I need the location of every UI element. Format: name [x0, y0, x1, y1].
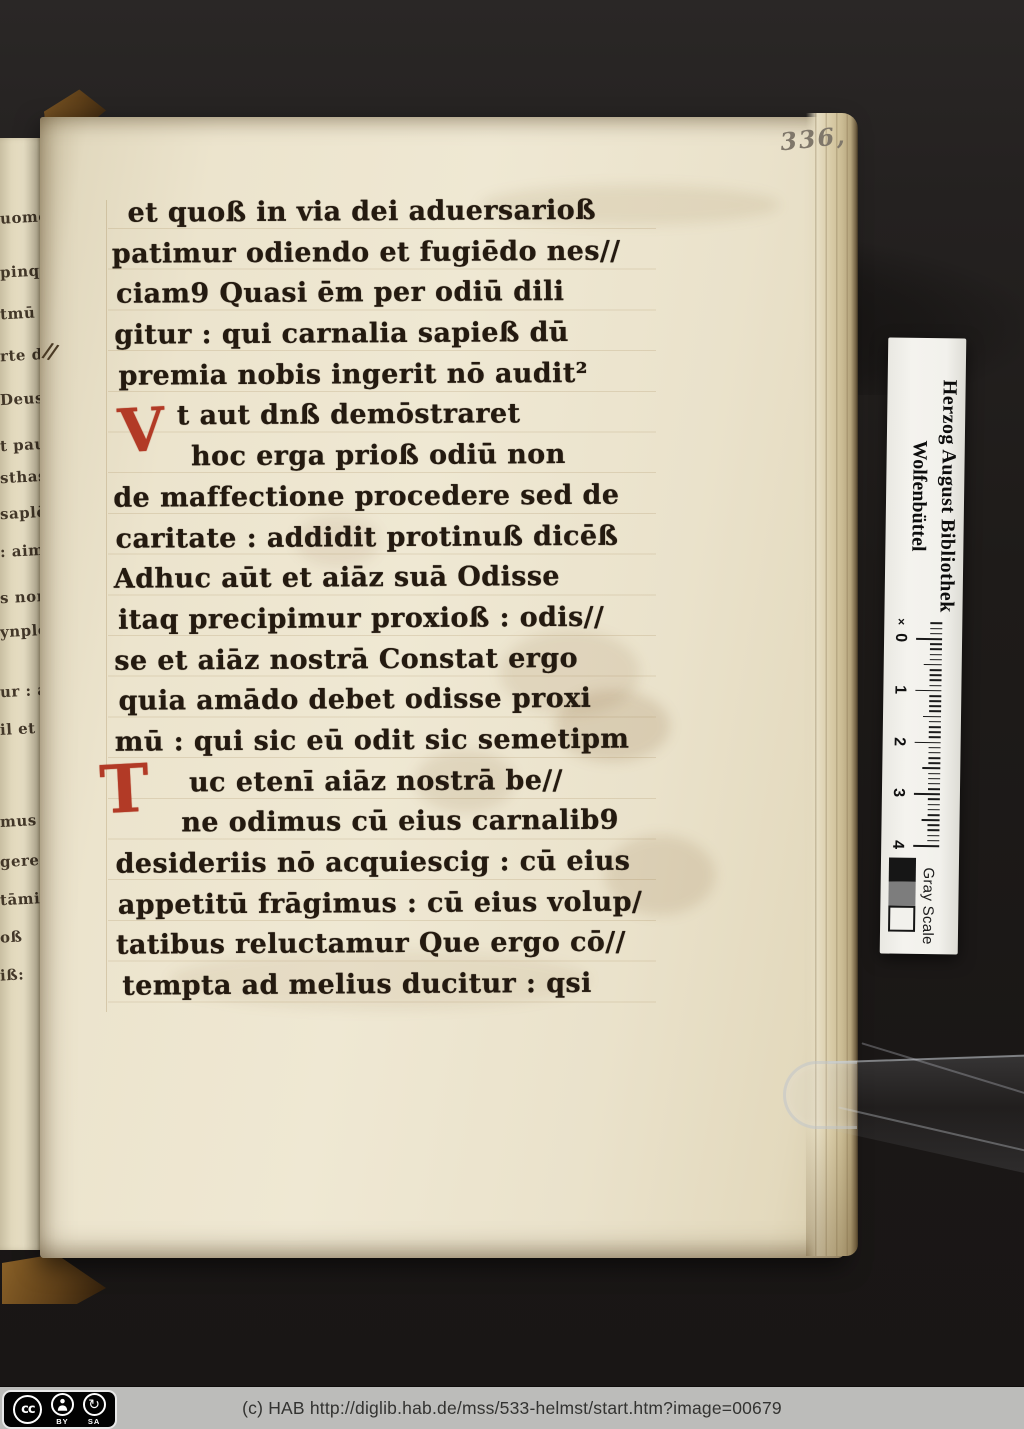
ruler-end-mark: ×: [892, 614, 908, 630]
facing-page-text-fragment: iß:: [0, 965, 25, 984]
ruler-tick: [929, 726, 941, 728]
red-initial-t: T: [98, 749, 151, 829]
page-clamp-cap: [783, 1061, 857, 1129]
ruler-tick: [928, 778, 940, 780]
ruler-tick: [927, 835, 939, 837]
ruler-tick: [924, 664, 942, 666]
facing-page-text-fragment: oß: [0, 927, 23, 946]
ruler-cm-label: 4: [889, 837, 905, 853]
manuscript-line: quia amādo debet odisse proxi: [119, 682, 695, 726]
facing-page-text-fragment: : aim: [0, 541, 45, 561]
ruler-tick: [929, 705, 941, 707]
manuscript-line: ciam9 Quasi ēm per odiū dili: [116, 276, 692, 320]
binding-leather-bottom-corner: [2, 1254, 106, 1304]
ruler-tick: [929, 700, 941, 702]
manuscript-line: premia nobis ingerit nō audit²: [119, 357, 693, 401]
facing-page-text-fragment: il et: [0, 719, 36, 739]
ruler-tick: [930, 659, 942, 661]
manuscript-line: hoc erga prioß odiū non: [191, 438, 693, 482]
ruler-tick: [928, 799, 940, 801]
ruler-tick: [929, 711, 941, 713]
grayscale-swatch: [888, 906, 915, 932]
ruler-tick: [927, 840, 939, 842]
ruler-scale: 01234: [888, 337, 966, 338]
ruler-card: Herzog August Bibliothek Wolfenbüttel × …: [880, 337, 967, 954]
ruler-tick: [916, 638, 942, 640]
ruler-tick: [928, 752, 940, 754]
ruler-tick: [922, 819, 940, 821]
ruler-tick: [913, 845, 939, 847]
facing-page-text-fragment: gere: [0, 851, 40, 871]
ruler-tick: [930, 628, 942, 630]
facing-page-text-fragment: Deus: [0, 389, 44, 409]
ruler-tick: [927, 830, 939, 832]
ruler-tick: [915, 741, 941, 743]
ruler-cm-label: 2: [891, 733, 907, 749]
ruler-cm-label: 0: [892, 630, 908, 646]
ruler-tick: [923, 716, 941, 718]
grayscale-swatch: [889, 858, 916, 882]
facing-page-text-fragment: mus: [0, 811, 37, 831]
ruler-cm-label: 3: [890, 785, 906, 801]
manuscript-line: de maffectione procedere sed de: [113, 479, 693, 523]
ruler-tick: [927, 824, 939, 826]
ruler-tick: [928, 783, 940, 785]
ruler-tick: [914, 793, 940, 795]
ruler-tick: [930, 679, 942, 681]
manuscript-line: et quoß in via dei aduersarioß: [128, 194, 692, 238]
share-alike-arrow-icon: ↻: [83, 1393, 106, 1416]
manuscript-line: appetitū frāgimus : cū eius volup/: [118, 886, 696, 930]
ruling-vertical-line: [106, 200, 107, 1012]
manuscript-line: itaq precipimur proxioß : odis//: [118, 601, 694, 645]
ruler-tick: [928, 804, 940, 806]
manuscript-line: uc etenī aiāz nostrā be//: [189, 764, 695, 808]
ruler-tick: [929, 685, 941, 687]
red-initial-v: V: [116, 395, 166, 467]
manuscript-line: gitur : qui carnalia sapieß dū: [114, 316, 692, 360]
ruler-tick: [930, 654, 942, 656]
ruler-tick: [930, 633, 942, 635]
copyright-credit: (c) HAB http://diglib.hab.de/mss/533-hel…: [0, 1398, 1024, 1419]
manuscript-line: desideriis nō acquiescig : cū eius: [115, 845, 695, 889]
manuscript-line: tatibus reluctamur Que ergo cō//: [116, 927, 696, 971]
institution-name: Herzog August Bibliothek Wolfenbüttel: [884, 345, 964, 646]
grayscale-swatch: [888, 882, 915, 906]
manuscript-line: Adhuc aūt et aiāz suā Odisse: [114, 560, 694, 604]
manuscript-line: se et aiāz nostrā Constat ergo: [114, 642, 694, 686]
ruler-tick: [928, 814, 940, 816]
manuscript-text-block: et quoß in via dei aduersarioßpatimur od…: [112, 194, 697, 1011]
cc-sa-element: ↻ SA: [83, 1393, 106, 1426]
ruler-tick: [930, 674, 942, 676]
grayscale-swatches: [888, 337, 966, 338]
ruler-tick: [922, 767, 940, 769]
ruler-tick: [930, 669, 942, 671]
institution-line2: Wolfenbüttel: [902, 346, 935, 646]
manuscript-scan-photo: uomō ppinquotmū erte deDeust pausthassap…: [0, 0, 1024, 1429]
manuscript-line: caritate : addidit protinuß dicēß: [116, 520, 694, 564]
sa-label: SA: [88, 1417, 100, 1426]
grayscale-label: Gray Scale: [916, 856, 937, 956]
manuscript-line: ne odimus cū eius carnalib9: [181, 805, 695, 849]
ruler-tick: [929, 747, 941, 749]
manuscript-line: t aut dnß demōstraret: [177, 398, 693, 442]
ruler-tick: [928, 757, 940, 759]
cc-license-badge: cc BY ↻ SA: [2, 1390, 117, 1429]
ruler-tick: [928, 762, 940, 764]
cc-by-element: BY: [51, 1393, 74, 1426]
ruler-tick: [930, 643, 942, 645]
by-label: BY: [56, 1417, 68, 1426]
ruler-tick: [929, 736, 941, 738]
ruler-tick: [929, 695, 941, 697]
ruler-tick: [915, 690, 941, 692]
cc-logo-icon: cc: [13, 1395, 42, 1424]
ruler-tick: [930, 623, 942, 625]
institution-line1: Herzog August Bibliothek: [931, 346, 964, 646]
attribution-person-icon: [51, 1393, 74, 1416]
manuscript-line: mū : qui sic eū odit sic semetipm: [115, 723, 695, 767]
ruler-tick: [928, 773, 940, 775]
ruler-tick: [929, 731, 941, 733]
ruler-tick: [928, 788, 940, 790]
ruler-cm-label: 1: [891, 681, 907, 697]
ruler-tick: [929, 721, 941, 723]
ruler-tick: [928, 809, 940, 811]
manuscript-line: patimur odiendo et fugiēdo nes//: [112, 235, 692, 279]
ruler-tick: [930, 648, 942, 650]
manuscript-line: tempta ad melius ducitur : qsi: [122, 967, 696, 1011]
